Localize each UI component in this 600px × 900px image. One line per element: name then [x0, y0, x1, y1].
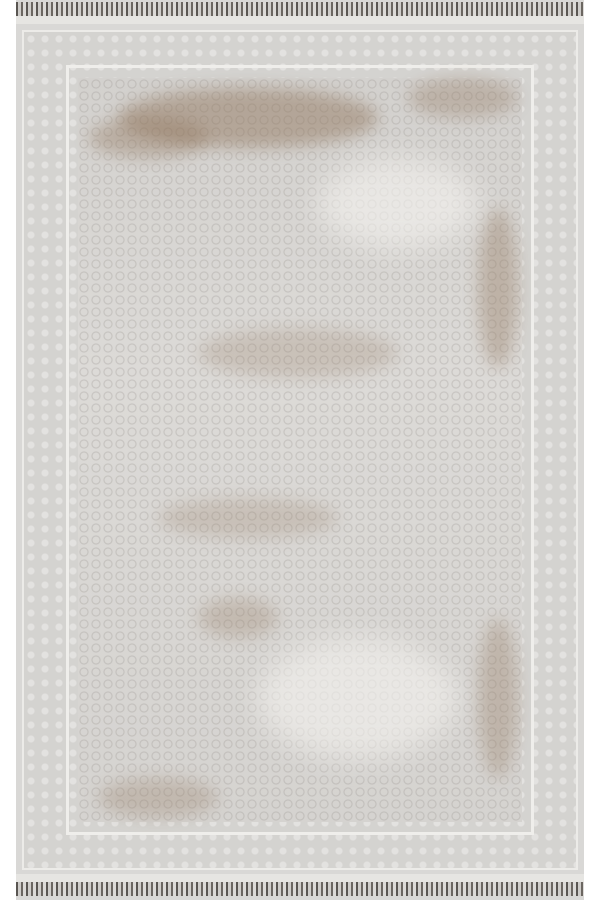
- center-field: [78, 78, 522, 822]
- stain: [198, 598, 278, 638]
- stain: [478, 208, 518, 368]
- bottom-fringe: [16, 882, 584, 896]
- top-fringe: [16, 2, 584, 16]
- stain: [88, 118, 208, 158]
- top-band: [16, 16, 584, 24]
- stain: [158, 498, 338, 538]
- highlight: [318, 158, 478, 248]
- rug: [16, 0, 584, 900]
- stain: [408, 78, 518, 118]
- stain: [478, 618, 518, 778]
- highlight: [258, 638, 458, 758]
- bottom-band: [16, 874, 584, 882]
- stain: [98, 778, 218, 818]
- stain: [198, 328, 398, 378]
